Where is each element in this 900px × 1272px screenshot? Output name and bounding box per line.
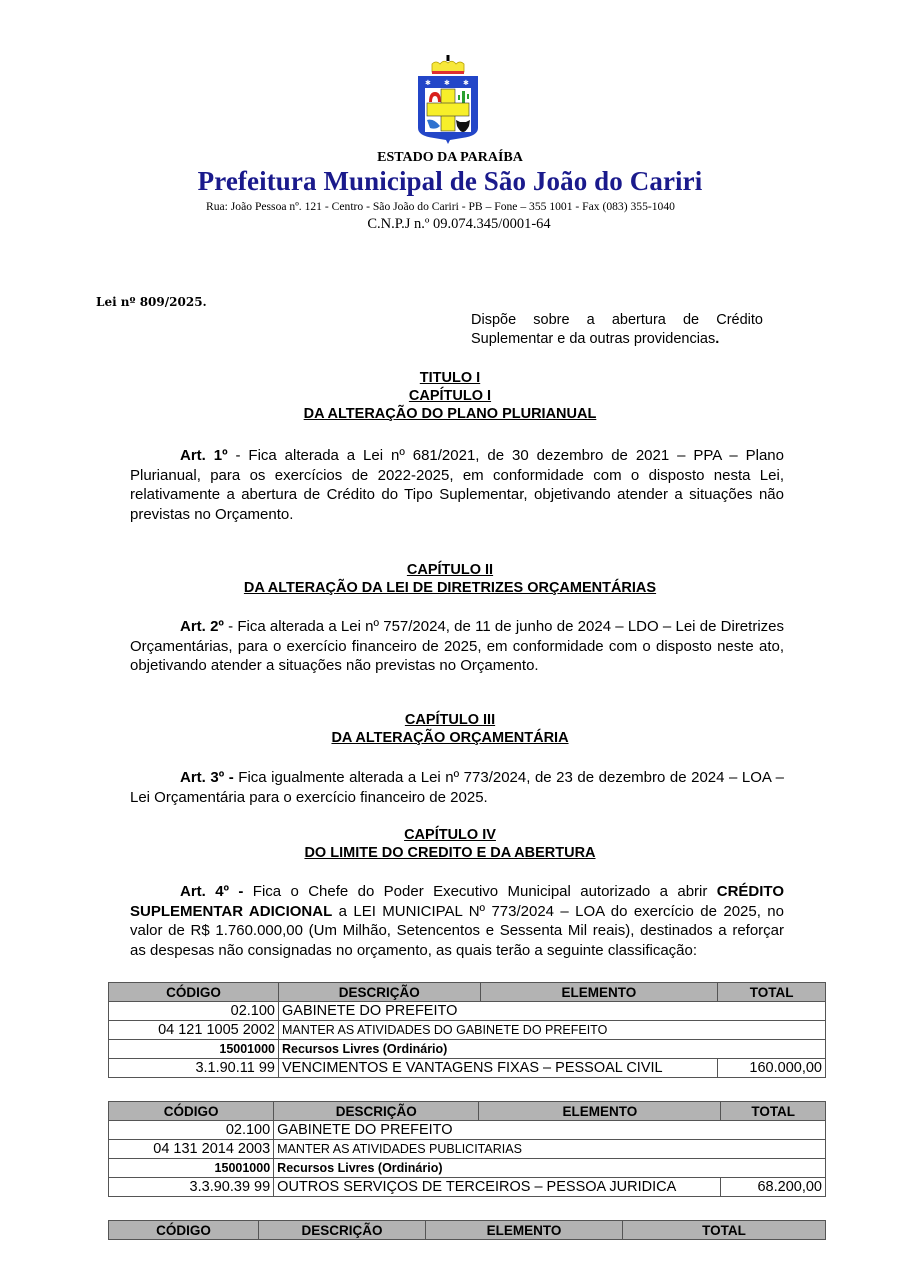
header-descricao: DESCRIÇÃO [259,1221,426,1240]
address-line: Rua: João Pessoa nº. 121 - Centro - São … [206,200,766,213]
article-3: Art. 3º - Fica igualmente alterada a Lei… [130,768,784,807]
unit-code: 02.100 [109,1002,279,1021]
budget-table-3: CÓDIGO DESCRIÇÃO ELEMENTO TOTAL [108,1220,826,1240]
table-row: 04 121 1005 2002 MANTER AS ATIVIDADES DO… [109,1021,826,1040]
header-total: TOTAL [721,1102,826,1121]
chapter-1-name: DA ALTERAÇÃO DO PLANO PLURIANUAL [0,406,900,423]
source-code: 15001000 [109,1159,274,1178]
action-code: 04 121 1005 2002 [109,1021,279,1040]
source-code: 15001000 [109,1040,279,1059]
unit-name: GABINETE DO PREFEITO [274,1121,826,1140]
municipality-title: Prefeitura Municipal de São João do Cari… [0,166,900,197]
cnpj-line: C.N.P.J n.º 09.074.345/0001-64 [0,216,900,233]
table-header-row: CÓDIGO DESCRIÇÃO ELEMENTO TOTAL [109,1102,826,1121]
table-row: 3.1.90.11 99 VENCIMENTOS E VANTAGENS FIX… [109,1059,826,1078]
header-codigo: CÓDIGO [109,1102,274,1121]
action-name: MANTER AS ATIVIDADES DO GABINETE DO PREF… [279,1021,826,1040]
article-4-text-a: Fica o Chefe do Poder Executivo Municipa… [243,883,716,900]
chapter-4-heading: CAPÍTULO IV [0,827,900,844]
action-code: 04 131 2014 2003 [109,1140,274,1159]
budget-table-2: CÓDIGO DESCRIÇÃO ELEMENTO TOTAL 02.100 G… [108,1101,826,1197]
table-row: 15001000 Recursos Livres (Ordinário) [109,1159,826,1178]
article-4: Art. 4º - Fica o Chefe do Poder Executiv… [130,882,784,960]
article-1-label: Art. 1º [180,447,228,464]
unit-code: 02.100 [109,1121,274,1140]
article-1-text: - Fica alterada a Lei nº 681/2021, de 30… [130,447,784,523]
header-total: TOTAL [623,1221,826,1240]
article-2: Art. 2º - Fica alterada a Lei nº 757/202… [130,617,784,676]
article-3-label: Art. 3º - [180,769,234,786]
header-elemento: ELEMENTO [479,1102,721,1121]
svg-text:✱: ✱ [463,79,469,87]
element-name: VENCIMENTOS E VANTAGENS FIXAS – PESSOAL … [279,1059,718,1078]
law-number: Lei nº 809/2025. [96,295,207,309]
svg-text:✱: ✱ [444,79,450,87]
table-row: 02.100 GABINETE DO PREFEITO [109,1121,826,1140]
source-name: Recursos Livres (Ordinário) [274,1159,826,1178]
article-2-label: Art. 2º [180,618,224,635]
element-name: OUTROS SERVIÇOS DE TERCEIROS – PESSOA JU… [274,1178,721,1197]
source-name: Recursos Livres (Ordinário) [279,1040,826,1059]
table-row: 02.100 GABINETE DO PREFEITO [109,1002,826,1021]
header-descricao: DESCRIÇÃO [279,983,481,1002]
article-1: Art. 1º - Fica alterada a Lei nº 681/202… [130,446,784,524]
header-codigo: CÓDIGO [109,983,279,1002]
element-total: 160.000,00 [718,1059,826,1078]
budget-table-1: CÓDIGO DESCRIÇÃO ELEMENTO TOTAL 02.100 G… [108,982,826,1078]
table-header-row: CÓDIGO DESCRIÇÃO ELEMENTO TOTAL [109,983,826,1002]
chapter-3-name: DA ALTERAÇÃO ORÇAMENTÁRIA [0,730,900,747]
element-total: 68.200,00 [721,1178,826,1197]
ementa-end: . [715,331,719,347]
header-codigo: CÓDIGO [109,1221,259,1240]
ementa: Dispõe sobre a abertura de Crédito Suple… [471,311,763,349]
element-code: 3.3.90.39 99 [109,1178,274,1197]
chapter-4-name: DO LIMITE DO CREDITO E DA ABERTURA [0,845,900,862]
coat-of-arms-emblem: ✱ ✱ ✱ [412,54,484,146]
header-descricao: DESCRIÇÃO [274,1102,479,1121]
table-row: 04 131 2014 2003 MANTER AS ATIVIDADES PU… [109,1140,826,1159]
svg-text:✱: ✱ [425,79,431,87]
header-elemento: ELEMENTO [426,1221,623,1240]
chapter-2-name: DA ALTERAÇÃO DA LEI DE DIRETRIZES ORÇAME… [0,580,900,597]
article-4-label: Art. 4º - [180,883,243,900]
chapter-2-heading: CAPÍTULO II [0,562,900,579]
state-name: ESTADO DA PARAÍBA [0,150,900,166]
header-elemento: ELEMENTO [480,983,718,1002]
titulo-heading: TITULO I [0,370,900,387]
table-row: 15001000 Recursos Livres (Ordinário) [109,1040,826,1059]
article-2-text: - Fica alterada a Lei nº 757/2024, de 11… [130,618,784,674]
chapter-1-heading: CAPÍTULO I [0,388,900,405]
unit-name: GABINETE DO PREFEITO [279,1002,826,1021]
table-header-row: CÓDIGO DESCRIÇÃO ELEMENTO TOTAL [109,1221,826,1240]
action-name: MANTER AS ATIVIDADES PUBLICITARIAS [274,1140,826,1159]
chapter-3-heading: CAPÍTULO III [0,712,900,729]
table-row: 3.3.90.39 99 OUTROS SERVIÇOS DE TERCEIRO… [109,1178,826,1197]
header-total: TOTAL [718,983,826,1002]
element-code: 3.1.90.11 99 [109,1059,279,1078]
